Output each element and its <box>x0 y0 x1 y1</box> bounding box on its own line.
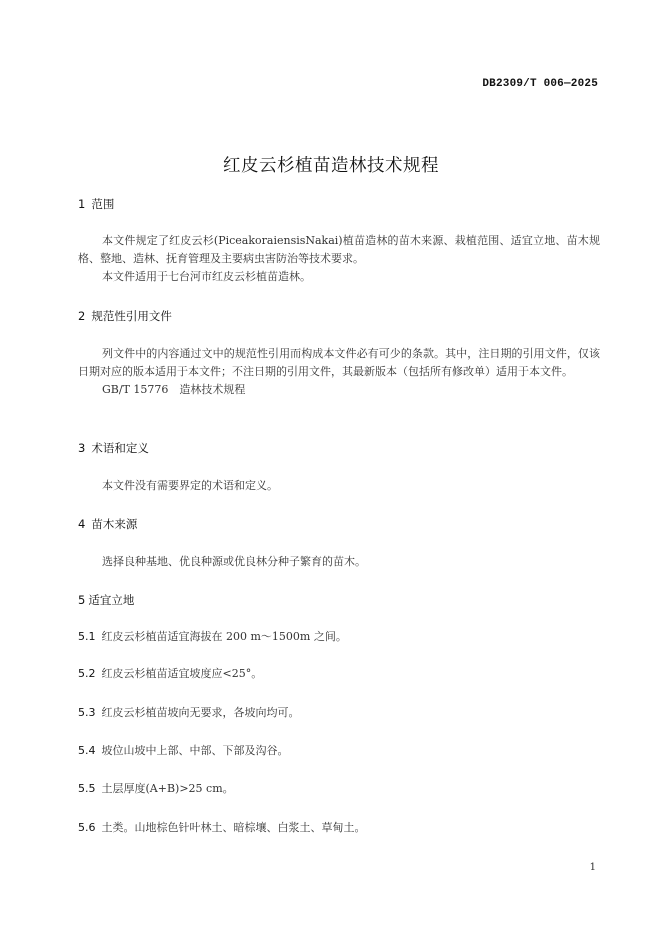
section-title: 适宜立地 <box>88 593 134 607</box>
document-page: DB2309/T 006—2025 红皮云杉植苗造林技术规程 1范围 本文件规定… <box>0 0 662 936</box>
document-title: 红皮云杉植苗造林技术规程 <box>0 152 662 177</box>
paragraph: 本文件规定了红皮云杉(PiceakoraiensisNakai)植苗造林的苗木来… <box>78 232 600 268</box>
section-heading-terms: 3术语和定义 <box>78 440 149 456</box>
section-heading-scope: 1范围 <box>78 196 114 212</box>
clause-number: 5.6 <box>78 821 96 834</box>
section-heading-seedling-source: 4苗木来源 <box>78 516 137 532</box>
clause-number: 5.1 <box>78 630 96 643</box>
clause-5-2: 5.2红皮云杉植苗适宜坡度应<25°。 <box>78 665 262 681</box>
section-title: 范围 <box>91 197 114 211</box>
clause-text: 土类。山地棕色针叶林土、暗棕壤、白浆土、草甸土。 <box>102 821 366 834</box>
section-number: 3 <box>78 441 85 455</box>
clause-5-3: 5.3红皮云杉植苗坡向无要求，各坡向均可。 <box>78 704 300 720</box>
clause-5-5: 5.5土层厚度(A+B)>25 cm。 <box>78 780 234 796</box>
section-heading-suitable-site: 5适宜立地 <box>78 592 134 608</box>
reference-standard: GB/T 15776 造林技术规程 <box>78 381 600 399</box>
clause-number: 5.4 <box>78 744 96 757</box>
section-number: 2 <box>78 309 85 323</box>
clause-text: 红皮云杉植苗适宜海拔在 200 m～1500m 之间。 <box>102 630 347 643</box>
section-body-seedling-source: 选择良种基地、优良种源或优良林分种子繁育的苗木。 <box>78 553 600 571</box>
paragraph: 本文件适用于七台河市红皮云杉植苗造林。 <box>78 268 600 286</box>
clause-number: 5.5 <box>78 782 96 795</box>
clause-5-4: 5.4坡位山坡中上部、中部、下部及沟谷。 <box>78 742 289 758</box>
paragraph: 列文件中的内容通过文中的规范性引用而构成本文件必有可少的条款。其中，注日期的引用… <box>78 345 600 381</box>
section-body-scope: 本文件规定了红皮云杉(PiceakoraiensisNakai)植苗造林的苗木来… <box>78 232 600 286</box>
clause-5-1: 5.1红皮云杉植苗适宜海拔在 200 m～1500m 之间。 <box>78 628 347 644</box>
page-number: 1 <box>590 862 596 873</box>
section-title: 术语和定义 <box>91 441 149 455</box>
clause-number: 5.2 <box>78 667 96 680</box>
clause-text: 红皮云杉植苗坡向无要求，各坡向均可。 <box>102 706 300 719</box>
clause-text: 坡位山坡中上部、中部、下部及沟谷。 <box>102 744 289 757</box>
clause-number: 5.3 <box>78 706 96 719</box>
clause-5-6: 5.6土类。山地棕色针叶林土、暗棕壤、白浆土、草甸土。 <box>78 819 366 835</box>
section-title: 苗木来源 <box>91 517 137 531</box>
section-number: 1 <box>78 197 85 211</box>
section-title: 规范性引用文件 <box>91 309 172 323</box>
section-body-terms: 本文件没有需要界定的术语和定义。 <box>78 477 600 495</box>
paragraph: 本文件没有需要界定的术语和定义。 <box>78 477 600 495</box>
clause-text: 土层厚度(A+B)>25 cm。 <box>102 782 234 795</box>
section-body-normative-references: 列文件中的内容通过文中的规范性引用而构成本文件必有可少的条款。其中，注日期的引用… <box>78 345 600 399</box>
clause-text: 红皮云杉植苗适宜坡度应<25°。 <box>102 667 263 680</box>
document-code: DB2309/T 006—2025 <box>482 78 598 90</box>
section-heading-normative-references: 2规范性引用文件 <box>78 308 172 324</box>
section-number: 4 <box>78 517 85 531</box>
section-number: 5 <box>78 593 85 607</box>
paragraph: 选择良种基地、优良种源或优良林分种子繁育的苗木。 <box>78 553 600 571</box>
